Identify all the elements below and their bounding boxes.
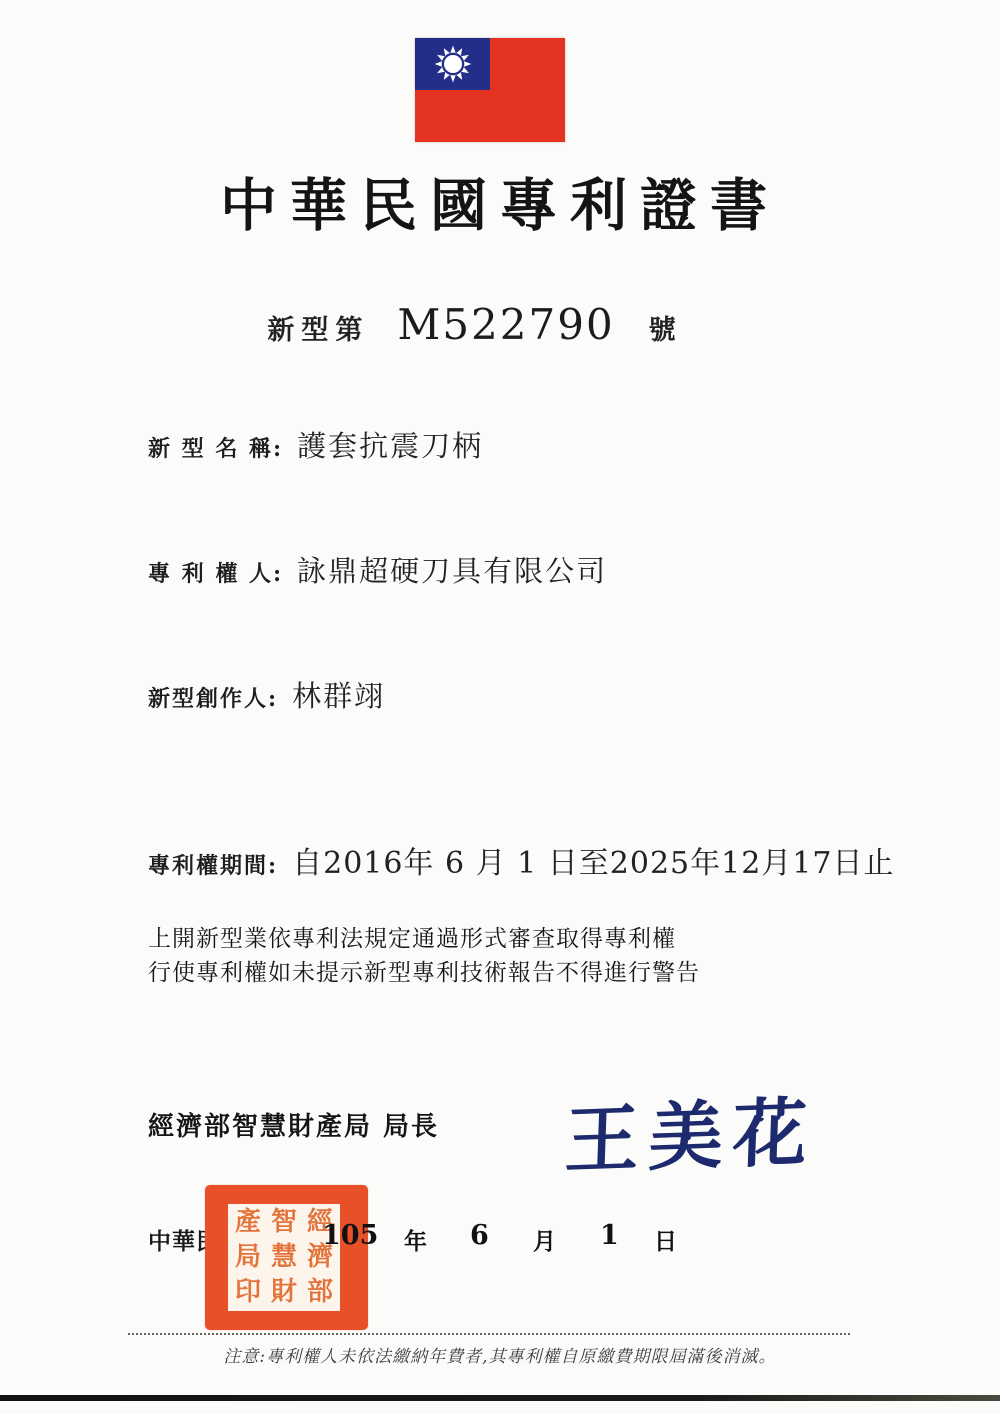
field-row-creator: 新型創作人: 林群翊 xyxy=(148,674,385,715)
field-row-model-name: 新 型 名 稱: 護套抗震刀柄 xyxy=(148,424,483,465)
date-year: 105 xyxy=(322,1220,378,1251)
patent-certificate-page: 中華民國專利證書 新型第 M522790 號 新 型 名 稱: 護套抗震刀柄 專… xyxy=(0,0,1000,1414)
field-label: 專 利 權 人: xyxy=(148,557,283,588)
white-sun-icon xyxy=(430,41,476,87)
patent-number-value: M522790 xyxy=(397,300,614,349)
legal-notice: 上開新型業依專利法規定通過形式審查取得專利權 行使專利權如未提示新型專利技術報告… xyxy=(148,922,700,990)
field-label: 新型創作人: xyxy=(148,682,278,713)
issuer-title: 經濟部智慧財產局 局長 xyxy=(148,1106,439,1143)
field-row-patent-term: 專利權期間: 自2016年 6 月 1 日至2025年12月17日止 xyxy=(148,838,895,882)
issue-date-line: 中華民國 105 年 6 月 1 日 xyxy=(0,1220,1000,1260)
field-row-patentee: 專 利 權 人: 詠鼎超硬刀具有限公司 xyxy=(148,549,607,590)
patent-number-line: 新型第 M522790 號 xyxy=(0,300,975,349)
legal-notice-line-2: 行使專利權如未提示新型專利技術報告不得進行警告 xyxy=(148,956,700,990)
legal-notice-line-1: 上開新型業依專利法規定通過形式審查取得專利權 xyxy=(148,922,700,956)
seal-character: 智 xyxy=(271,1207,297,1238)
taiwan-flag xyxy=(415,38,565,142)
date-month: 6 xyxy=(470,1220,489,1251)
field-label: 新 型 名 稱: xyxy=(148,432,283,463)
flag-canton xyxy=(415,38,490,90)
patent-number-prefix: 新型第 xyxy=(267,308,369,347)
patent-number-suffix: 號 xyxy=(649,308,683,347)
date-day: 1 xyxy=(600,1220,619,1251)
director-signature: 王美花 xyxy=(563,1074,819,1189)
field-value: 詠鼎超硬刀具有限公司 xyxy=(297,549,607,590)
seal-character: 慧 xyxy=(271,1242,297,1273)
certificate-title: 中華民國專利證書 xyxy=(0,160,1000,242)
field-label: 專利權期間: xyxy=(148,849,278,880)
seal-column-middle: 智 慧 財 xyxy=(271,1207,297,1308)
seal-character: 財 xyxy=(271,1277,297,1308)
field-value: 護套抗震刀柄 xyxy=(297,424,483,465)
date-month-unit: 月 xyxy=(533,1223,556,1256)
seal-character: 部 xyxy=(307,1277,333,1308)
seal-character: 局 xyxy=(235,1242,261,1273)
date-day-unit: 日 xyxy=(654,1223,677,1256)
footer-note: 注意:專利權人未依法繳納年費者,其專利權自原繳費期限屆滿後消滅。 xyxy=(0,1342,1000,1367)
field-value: 林群翊 xyxy=(292,674,385,715)
field-value: 自2016年 6 月 1 日至2025年12月17日止 xyxy=(292,838,894,882)
seal-column-left: 產 局 印 xyxy=(235,1207,261,1308)
date-year-unit: 年 xyxy=(404,1223,427,1256)
official-seal-stamp: 經 濟 部 智 慧 財 產 局 印 xyxy=(205,1185,368,1330)
dotted-separator xyxy=(128,1333,850,1335)
seal-character: 印 xyxy=(235,1277,261,1308)
scan-edge-line xyxy=(0,1395,1000,1401)
seal-character: 產 xyxy=(235,1207,261,1238)
